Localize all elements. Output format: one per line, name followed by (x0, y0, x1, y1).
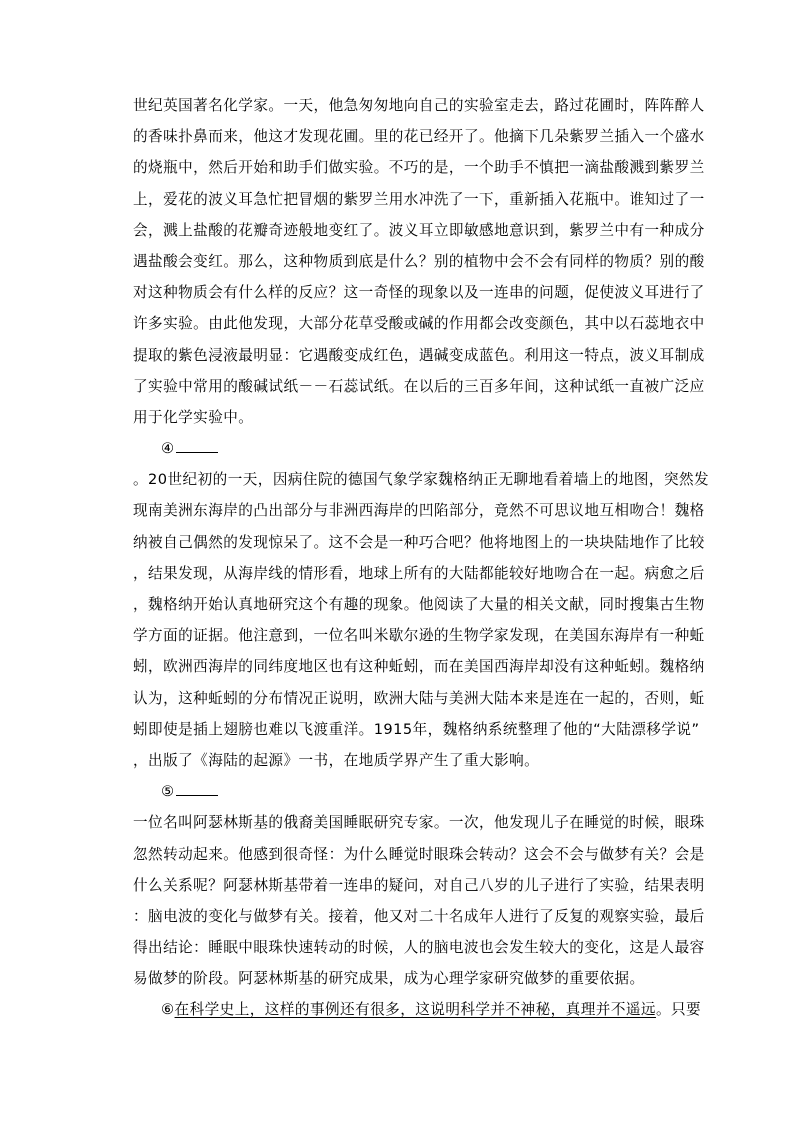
text-line: 学方面的证据。他注意到，一位名叫米歇尔逊的生物学家发现，在美国东海岸有一种蚯 (133, 620, 669, 651)
text-line: 的烧瓶中，然后开始和助手们做实验。不巧的是，一个助手不慎把一滴盐酸溅到紫罗兰 (133, 152, 669, 183)
underlined-sentence: 在科学史上，这样的事例还有很多，这说明科学并不神秘，真理并不遥远 (175, 1001, 656, 1018)
paragraph-4: 。20世纪初的一天，因病住院的德国气象学家魏格纳正无聊地看着墙上的地图，突然发 … (133, 464, 669, 776)
text-line: 易做梦的阶段。阿瑟林斯基的研究成果，成为心理学家研究做梦的重要依据。 (133, 963, 669, 994)
text-line: 许多实验。由此他发现，大部分花草受酸或碱的作用都会改变颜色，其中以石蕊地衣中 (133, 308, 669, 339)
text-line: 。20世纪初的一天，因病住院的德国气象学家魏格纳正无聊地看着墙上的地图，突然发 (133, 464, 669, 495)
text-line: ，结果发现，从海岸线的情形看，地球上所有的大陆都能较好地吻合在一起。病愈之后 (133, 558, 669, 589)
text-line: 一位名叫阿瑟林斯基的俄裔美国睡眠研究专家。一次，他发现儿子在睡觉的时候，眼珠 (133, 807, 669, 838)
text-line: 得出结论：睡眠中眼珠快速转动的时候，人的脑电波也会发生较大的变化，这是人最容 (133, 932, 669, 963)
paragraph-6: ⑥在科学史上，这样的事例还有很多，这说明科学并不神秘，真理并不遥远。只要 (133, 994, 669, 1025)
text-line: 提取的紫色浸液最明显：它遇酸变成红色，遇碱变成蓝色。利用这一特点，波义耳制成 (133, 340, 669, 371)
text-line: 纳被自己偶然的发现惊呆了。这不会是一种巧合吧？他将地图上的一块块陆地作了比较 (133, 527, 669, 558)
paragraph-number-6: ⑥ (161, 1001, 175, 1018)
text-fragment: 。只要 (656, 1001, 701, 1018)
text-line: 会，溅上盐酸的花瓣奇迹般地变红了。波义耳立即敏感地意识到，紫罗兰中有一种成分 (133, 215, 669, 246)
paragraph-number-4: ④ (161, 440, 175, 457)
answer-blank-5[interactable] (176, 781, 218, 796)
text-line: 认为，这种蚯蚓的分布情况正说明，欧洲大陆与美洲大陆本来是连在一起的，否则，蚯 (133, 683, 669, 714)
text-line: 了实验中常用的酸碱试纸－－石蕊试纸。在以后的三百多年间，这种试纸一直被广泛应 (133, 371, 669, 402)
text-line: 世纪英国著名化学家。一天，他急匆匆地向自己的实验室走去，路过花圃时，阵阵醉人 (133, 90, 669, 121)
paragraph-5: 一位名叫阿瑟林斯基的俄裔美国睡眠研究专家。一次，他发现儿子在睡觉的时候，眼珠 忽… (133, 807, 669, 994)
document-page: 世纪英国著名化学家。一天，他急匆匆地向自己的实验室走去，路过花圃时，阵阵醉人 的… (133, 90, 669, 1026)
text-line: ，魏格纳开始认真地研究这个有趣的现象。他阅读了大量的相关文献，同时搜集古生物 (133, 589, 669, 620)
answer-blank-4[interactable] (176, 438, 218, 453)
text-line: 蚓，欧洲西海岸的同纬度地区也有这种蚯蚓，而在美国西海岸却没有这种蚯蚓。魏格纳 (133, 651, 669, 682)
text-line: ，出版了《海陆的起源》一书，在地质学界产生了重大影响。 (133, 745, 669, 776)
text-line: 什么关系呢？阿瑟林斯基带着一连串的疑问，对自己八岁的儿子进行了实验，结果表明 (133, 870, 669, 901)
text-line: 遇盐酸会变红。那么，这种物质到底是什么？别的植物中会不会有同样的物质？别的酸 (133, 246, 669, 277)
text-line: 蚓即使是插上翅膀也难以飞渡重洋。1915年，魏格纳系统整理了他的“大陆漂移学说” (133, 714, 669, 745)
text-line: 忽然转动起来。他感到很奇怪：为什么睡觉时眼珠会转动？这会不会与做梦有关？会是 (133, 839, 669, 870)
paragraph-3: 世纪英国著名化学家。一天，他急匆匆地向自己的实验室走去，路过花圃时，阵阵醉人 的… (133, 90, 669, 433)
paragraph-4-heading: ④ (133, 433, 669, 464)
paragraph-5-heading: ⑤ (133, 776, 669, 807)
text-line: ：脑电波的变化与做梦有关。接着，他又对二十名成年人进行了反复的观察实验，最后 (133, 901, 669, 932)
text-line: 的香味扑鼻而来，他这才发现花圃。里的花已经开了。他摘下几朵紫罗兰插入一个盛水 (133, 121, 669, 152)
paragraph-number-5: ⑤ (161, 783, 175, 800)
text-line: 现南美洲东海岸的凸出部分与非洲西海岸的凹陷部分，竟然不可思议地互相吻合！魏格 (133, 495, 669, 526)
text-line: 上，爱花的波义耳急忙把冒烟的紫罗兰用水冲洗了一下，重新插入花瓶中。谁知过了一 (133, 184, 669, 215)
text-line: 对这种物质会有什么样的反应？这一奇怪的现象以及一连串的问题，促使波义耳进行了 (133, 277, 669, 308)
text-line: 用于化学实验中。 (133, 402, 669, 433)
